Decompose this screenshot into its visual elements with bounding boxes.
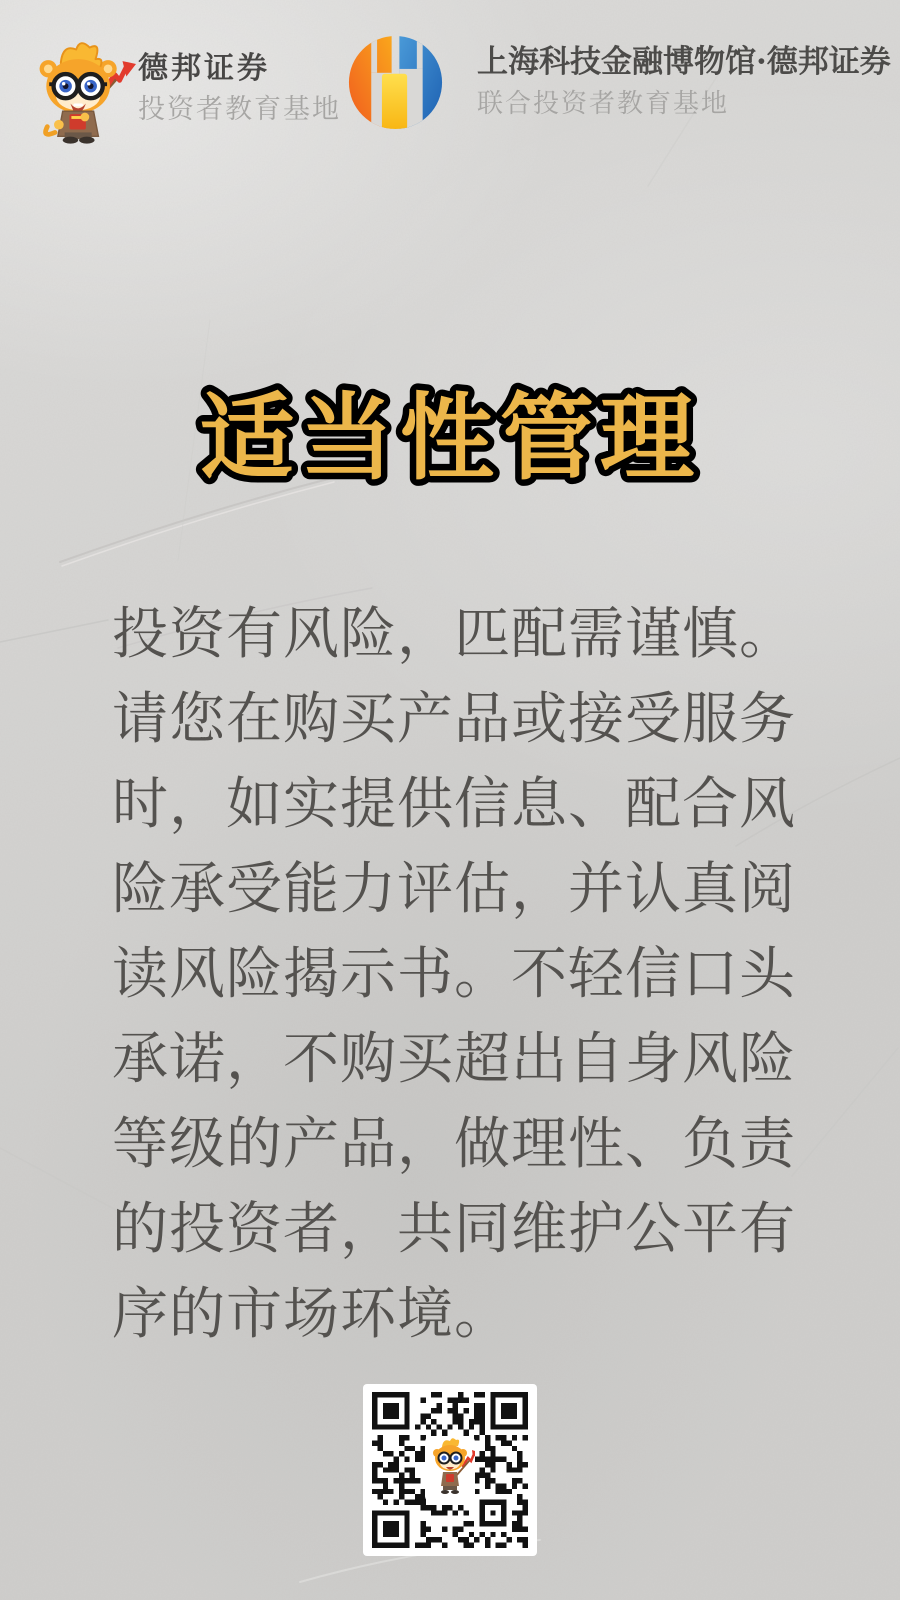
body-line: 读风险揭示书。不轻信口头 — [112, 932, 812, 1017]
body-line: 的投资者，共同维护公平有 — [112, 1187, 812, 1272]
museum-brand-tagline: 联合投资者教育基地 — [477, 89, 891, 119]
museum-logo-icon — [347, 34, 444, 131]
museum-brand-block: 上海科技金融博物馆·德邦证券 联合投资者教育基地 — [477, 44, 891, 119]
body-line: 险承受能力评估，并认真阅 — [112, 847, 812, 932]
debang-brand-tagline: 投资者教育基地 — [138, 95, 341, 125]
body-line: 等级的产品，做理性、负责 — [112, 1102, 812, 1187]
poster-title-block: 适当性管理 — [0, 352, 900, 517]
body-line: 时，如实提供信息、配合风 — [112, 762, 812, 847]
qr-center-mascot-icon — [425, 1436, 475, 1502]
debang-mascot-icon — [24, 36, 140, 140]
qr-code-panel — [363, 1384, 537, 1556]
investor-education-poster: 德邦证券 投资者教育基地 — [0, 0, 900, 1600]
body-line: 投资有风险，匹配需谨慎。 — [112, 592, 812, 677]
body-line: 序的市场环境。 — [112, 1272, 812, 1357]
body-line: 请您在购买产品或接受服务 — [112, 677, 812, 762]
body-line: 承诺，不购买超出自身风险 — [112, 1017, 812, 1102]
poster-title: 适当性管理 — [200, 384, 700, 493]
museum-brand-name: 上海科技金融博物馆·德邦证券 — [477, 44, 891, 80]
header: 德邦证券 投资者教育基地 — [0, 0, 900, 170]
debang-brand-name: 德邦证券 — [138, 52, 341, 86]
debang-brand-block: 德邦证券 投资者教育基地 — [138, 52, 341, 125]
body-paragraph: 投资有风险，匹配需谨慎。 请您在购买产品或接受服务 时，如实提供信息、配合风 险… — [112, 592, 812, 1357]
